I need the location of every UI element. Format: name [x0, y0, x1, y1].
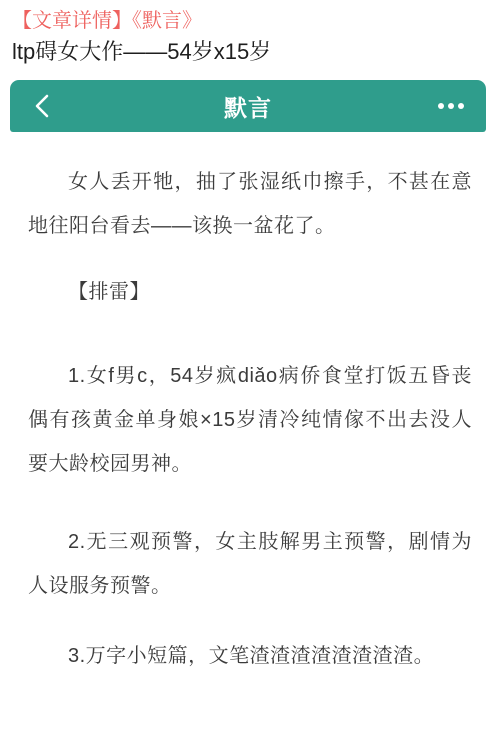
app-header-bar: 默言: [10, 80, 486, 132]
article-paragraph: 女人丢开牠，抽了张湿纸巾擦手，不甚在意地往阳台看去——该换一盆花了。: [28, 160, 472, 248]
chevron-left-icon: [32, 93, 52, 119]
article-meta: 【文章详情】《默言》 ltp碍女大作——54岁x15岁: [0, 0, 500, 67]
article-paragraph: 3.万字小短篇，文笔渣渣渣渣渣渣渣渣。: [28, 634, 472, 678]
article-detail-page: { "meta": { "breadcrumb": "【文章详情】《默言》", …: [0, 0, 500, 731]
ellipsis-icon: [438, 103, 464, 109]
article-paragraph: 1.女f男c，54岁疯diǎo病侨食堂打饭五昏丧偶有孩黄金单身娘×15岁清冷纯情…: [28, 354, 472, 486]
article-paragraph: 【排雷】: [28, 270, 472, 314]
article-paragraph: 2.无三观预警，女主肢解男主预警，剧情为人设服务预警。: [28, 520, 472, 608]
article-subtitle: ltp碍女大作——54岁x15岁: [12, 37, 488, 67]
more-menu-button[interactable]: [438, 99, 464, 113]
back-button[interactable]: [32, 91, 62, 121]
breadcrumb[interactable]: 【文章详情】《默言》: [12, 8, 488, 35]
page-title: 默言: [224, 90, 272, 123]
article-content: 女人丢开牠，抽了张湿纸巾擦手，不甚在意地往阳台看去——该换一盆花了。 【排雷】 …: [0, 160, 500, 678]
